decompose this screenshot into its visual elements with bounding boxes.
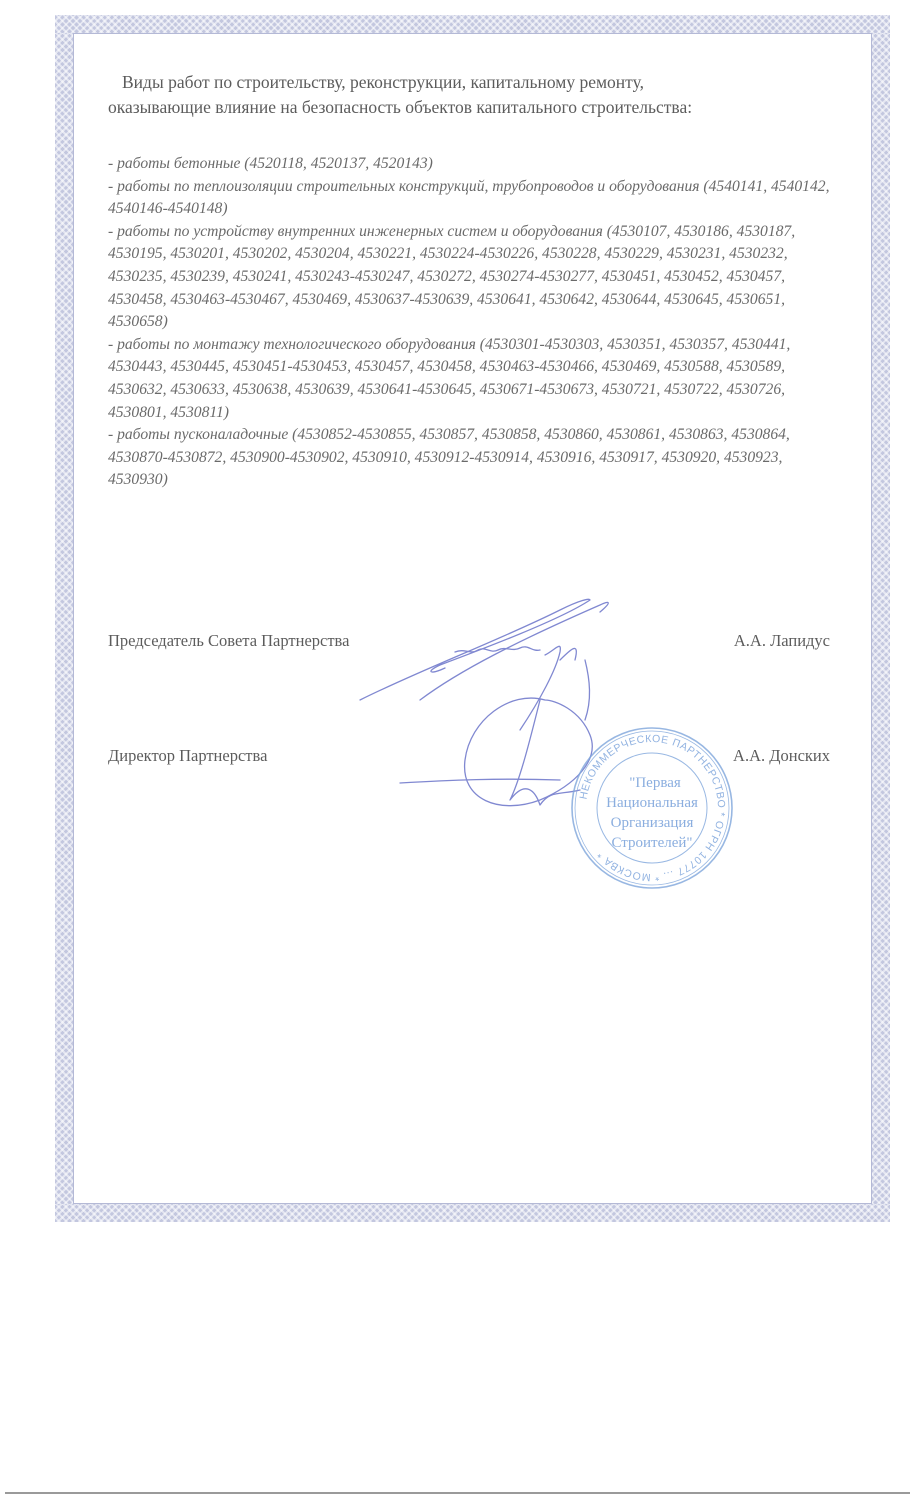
director-name: А.А. Донских (733, 746, 830, 766)
work-type-item: - работы бетонные (4520118, 4520137, 452… (108, 153, 833, 176)
work-types-list: - работы бетонные (4520118, 4520137, 452… (108, 153, 833, 492)
work-type-item: - работы пусконаладочные (4530852-453085… (108, 424, 833, 492)
heading-line-1: Виды работ по строительству, реконструкц… (108, 70, 828, 95)
page-bottom-rule (5, 1492, 910, 1494)
stamp-center-line: "Первая (629, 775, 681, 791)
work-type-item: - работы по теплоизоляции строительных к… (108, 176, 833, 221)
organization-stamp: НЕКОММЕРЧЕСКОЕ ПАРТНЕРСТВО * ОГРН 10777 … (567, 723, 737, 893)
chair-role: Председатель Совета Партнерства (108, 631, 349, 651)
stamp-center-line: Организация (611, 815, 694, 831)
work-type-item: - работы по устройству внутренних инжене… (108, 221, 833, 334)
stamp-center-line: Строителей" (611, 835, 692, 851)
director-role: Директор Партнерства (108, 746, 267, 766)
heading-line-2: оказывающие влияние на безопасность объе… (108, 95, 828, 120)
chair-name: А.А. Лапидус (734, 631, 830, 651)
stamp-center-line: Национальная (606, 795, 698, 811)
work-type-item: - работы по монтажу технологического обо… (108, 334, 833, 424)
document-heading: Виды работ по строительству, реконструкц… (108, 70, 828, 120)
